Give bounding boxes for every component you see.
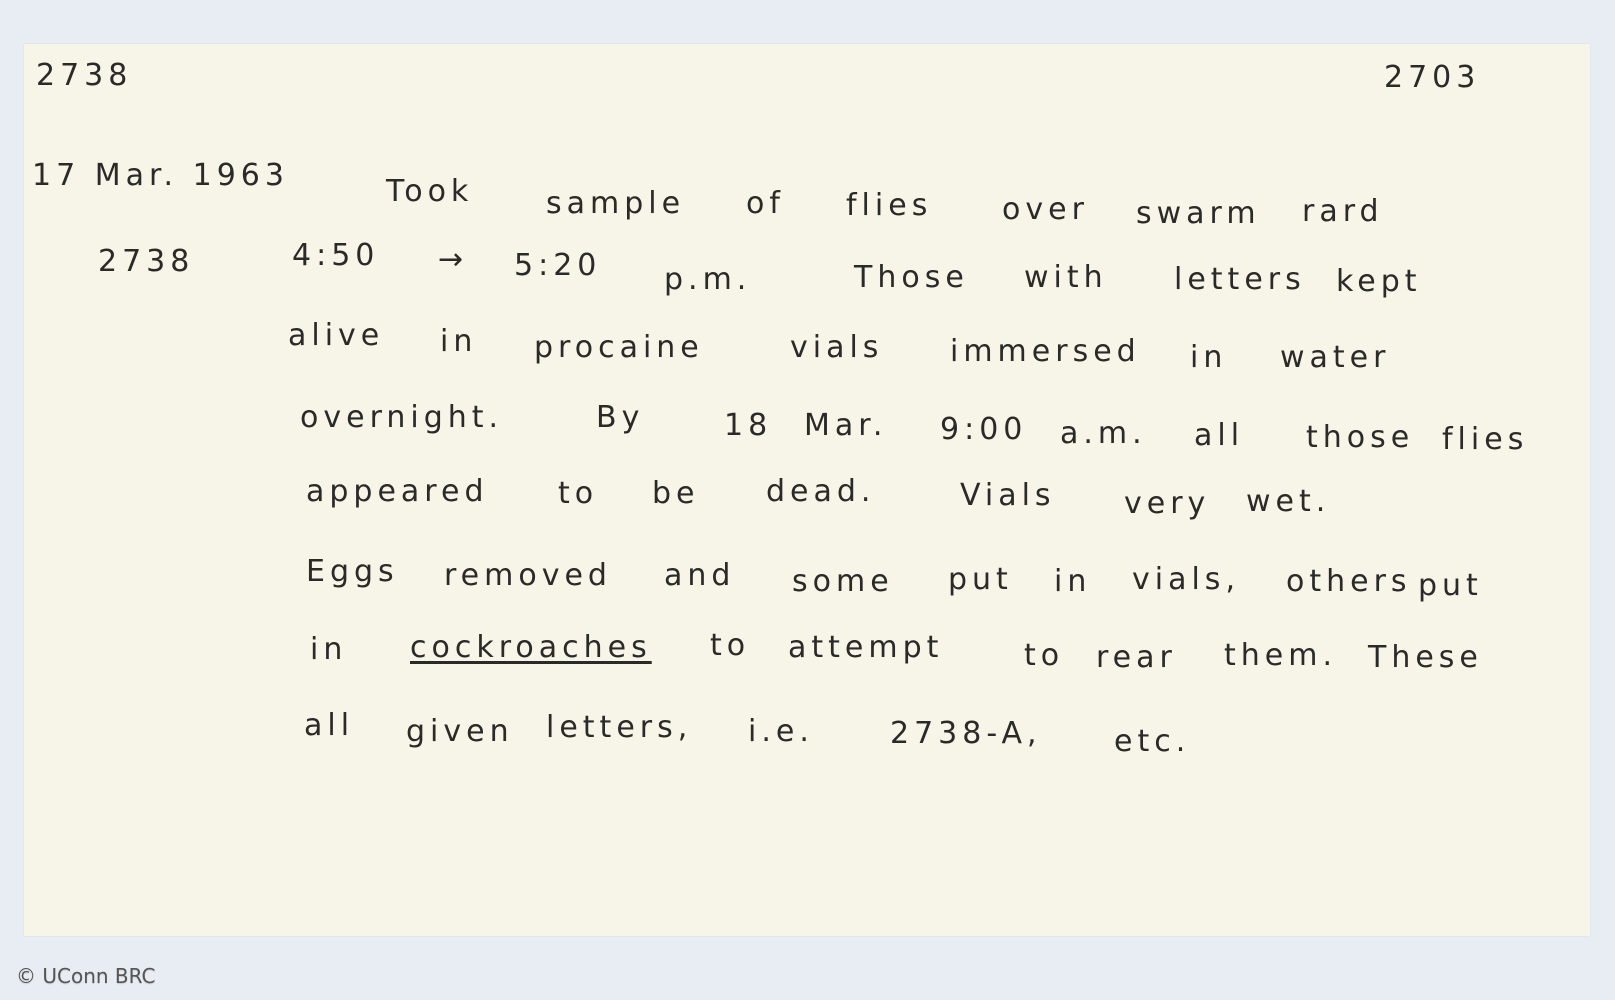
word: i.e. <box>748 714 814 749</box>
word: 9:00 <box>940 412 1027 447</box>
word: procaine <box>534 330 704 365</box>
word: 2738-A, <box>890 716 1042 751</box>
word: vials, <box>1132 562 1240 597</box>
word: letters, <box>546 710 692 745</box>
word: wet. <box>1246 484 1330 519</box>
word: 4:50 <box>292 238 379 273</box>
card-number-top-left: 2738 <box>36 58 132 93</box>
word: alive <box>288 318 384 353</box>
word: By <box>596 400 644 435</box>
word: Vials <box>960 478 1056 513</box>
word: immersed <box>950 334 1141 369</box>
word: all <box>304 708 354 743</box>
word: Those <box>854 260 969 295</box>
word: those <box>1306 420 1414 455</box>
word: Eggs <box>306 554 399 589</box>
word: appeared <box>306 474 489 509</box>
word: swarm <box>1136 196 1261 231</box>
word: rard <box>1302 194 1384 229</box>
word: put <box>948 562 1013 597</box>
word: sample <box>546 186 685 221</box>
word: p.m. <box>664 262 751 297</box>
word: These <box>1368 640 1483 675</box>
word: water <box>1280 340 1390 375</box>
word: kept <box>1336 264 1422 299</box>
word: with <box>1024 260 1108 295</box>
word: dead. <box>766 474 875 509</box>
arrow: → <box>438 242 468 277</box>
word: vials <box>790 330 883 365</box>
word: attempt <box>788 630 943 665</box>
word: all <box>1194 418 1244 453</box>
word: to <box>1024 638 1064 673</box>
word: in <box>1054 564 1091 599</box>
specimen-number: 2738 <box>98 244 194 279</box>
word: put <box>1418 568 1483 603</box>
word: in <box>310 632 347 667</box>
word: given <box>406 714 514 749</box>
index-card: 2738 2703 17 Mar. 1963 2738 Took sample … <box>24 44 1590 936</box>
word: overnight. <box>300 400 503 435</box>
entry-date: 17 Mar. 1963 <box>32 158 289 193</box>
word: of <box>746 186 785 221</box>
word: in <box>1190 340 1227 375</box>
word: rear <box>1096 640 1177 675</box>
card-number-top-right: 2703 <box>1384 60 1480 95</box>
word: very <box>1124 486 1210 521</box>
word: in <box>440 324 477 359</box>
word: 5:20 <box>514 248 601 283</box>
word: etc. <box>1114 724 1190 759</box>
word: removed <box>444 558 612 593</box>
word: over <box>1002 192 1089 227</box>
word: others <box>1286 564 1412 599</box>
word: some <box>792 564 894 599</box>
word: Took <box>386 174 473 209</box>
word: Mar. <box>804 408 887 443</box>
copyright-credit: © UConn BRC <box>16 964 156 988</box>
word: to <box>558 476 598 511</box>
word: letters <box>1174 262 1306 297</box>
word: flies <box>846 188 932 223</box>
word: flies <box>1442 422 1528 457</box>
word: cockroaches <box>410 630 652 665</box>
word: 18 <box>724 408 772 443</box>
word: and <box>664 558 735 593</box>
word: them. <box>1224 638 1337 673</box>
word: a.m. <box>1060 416 1147 451</box>
word: to <box>710 628 750 663</box>
word: be <box>652 476 700 511</box>
